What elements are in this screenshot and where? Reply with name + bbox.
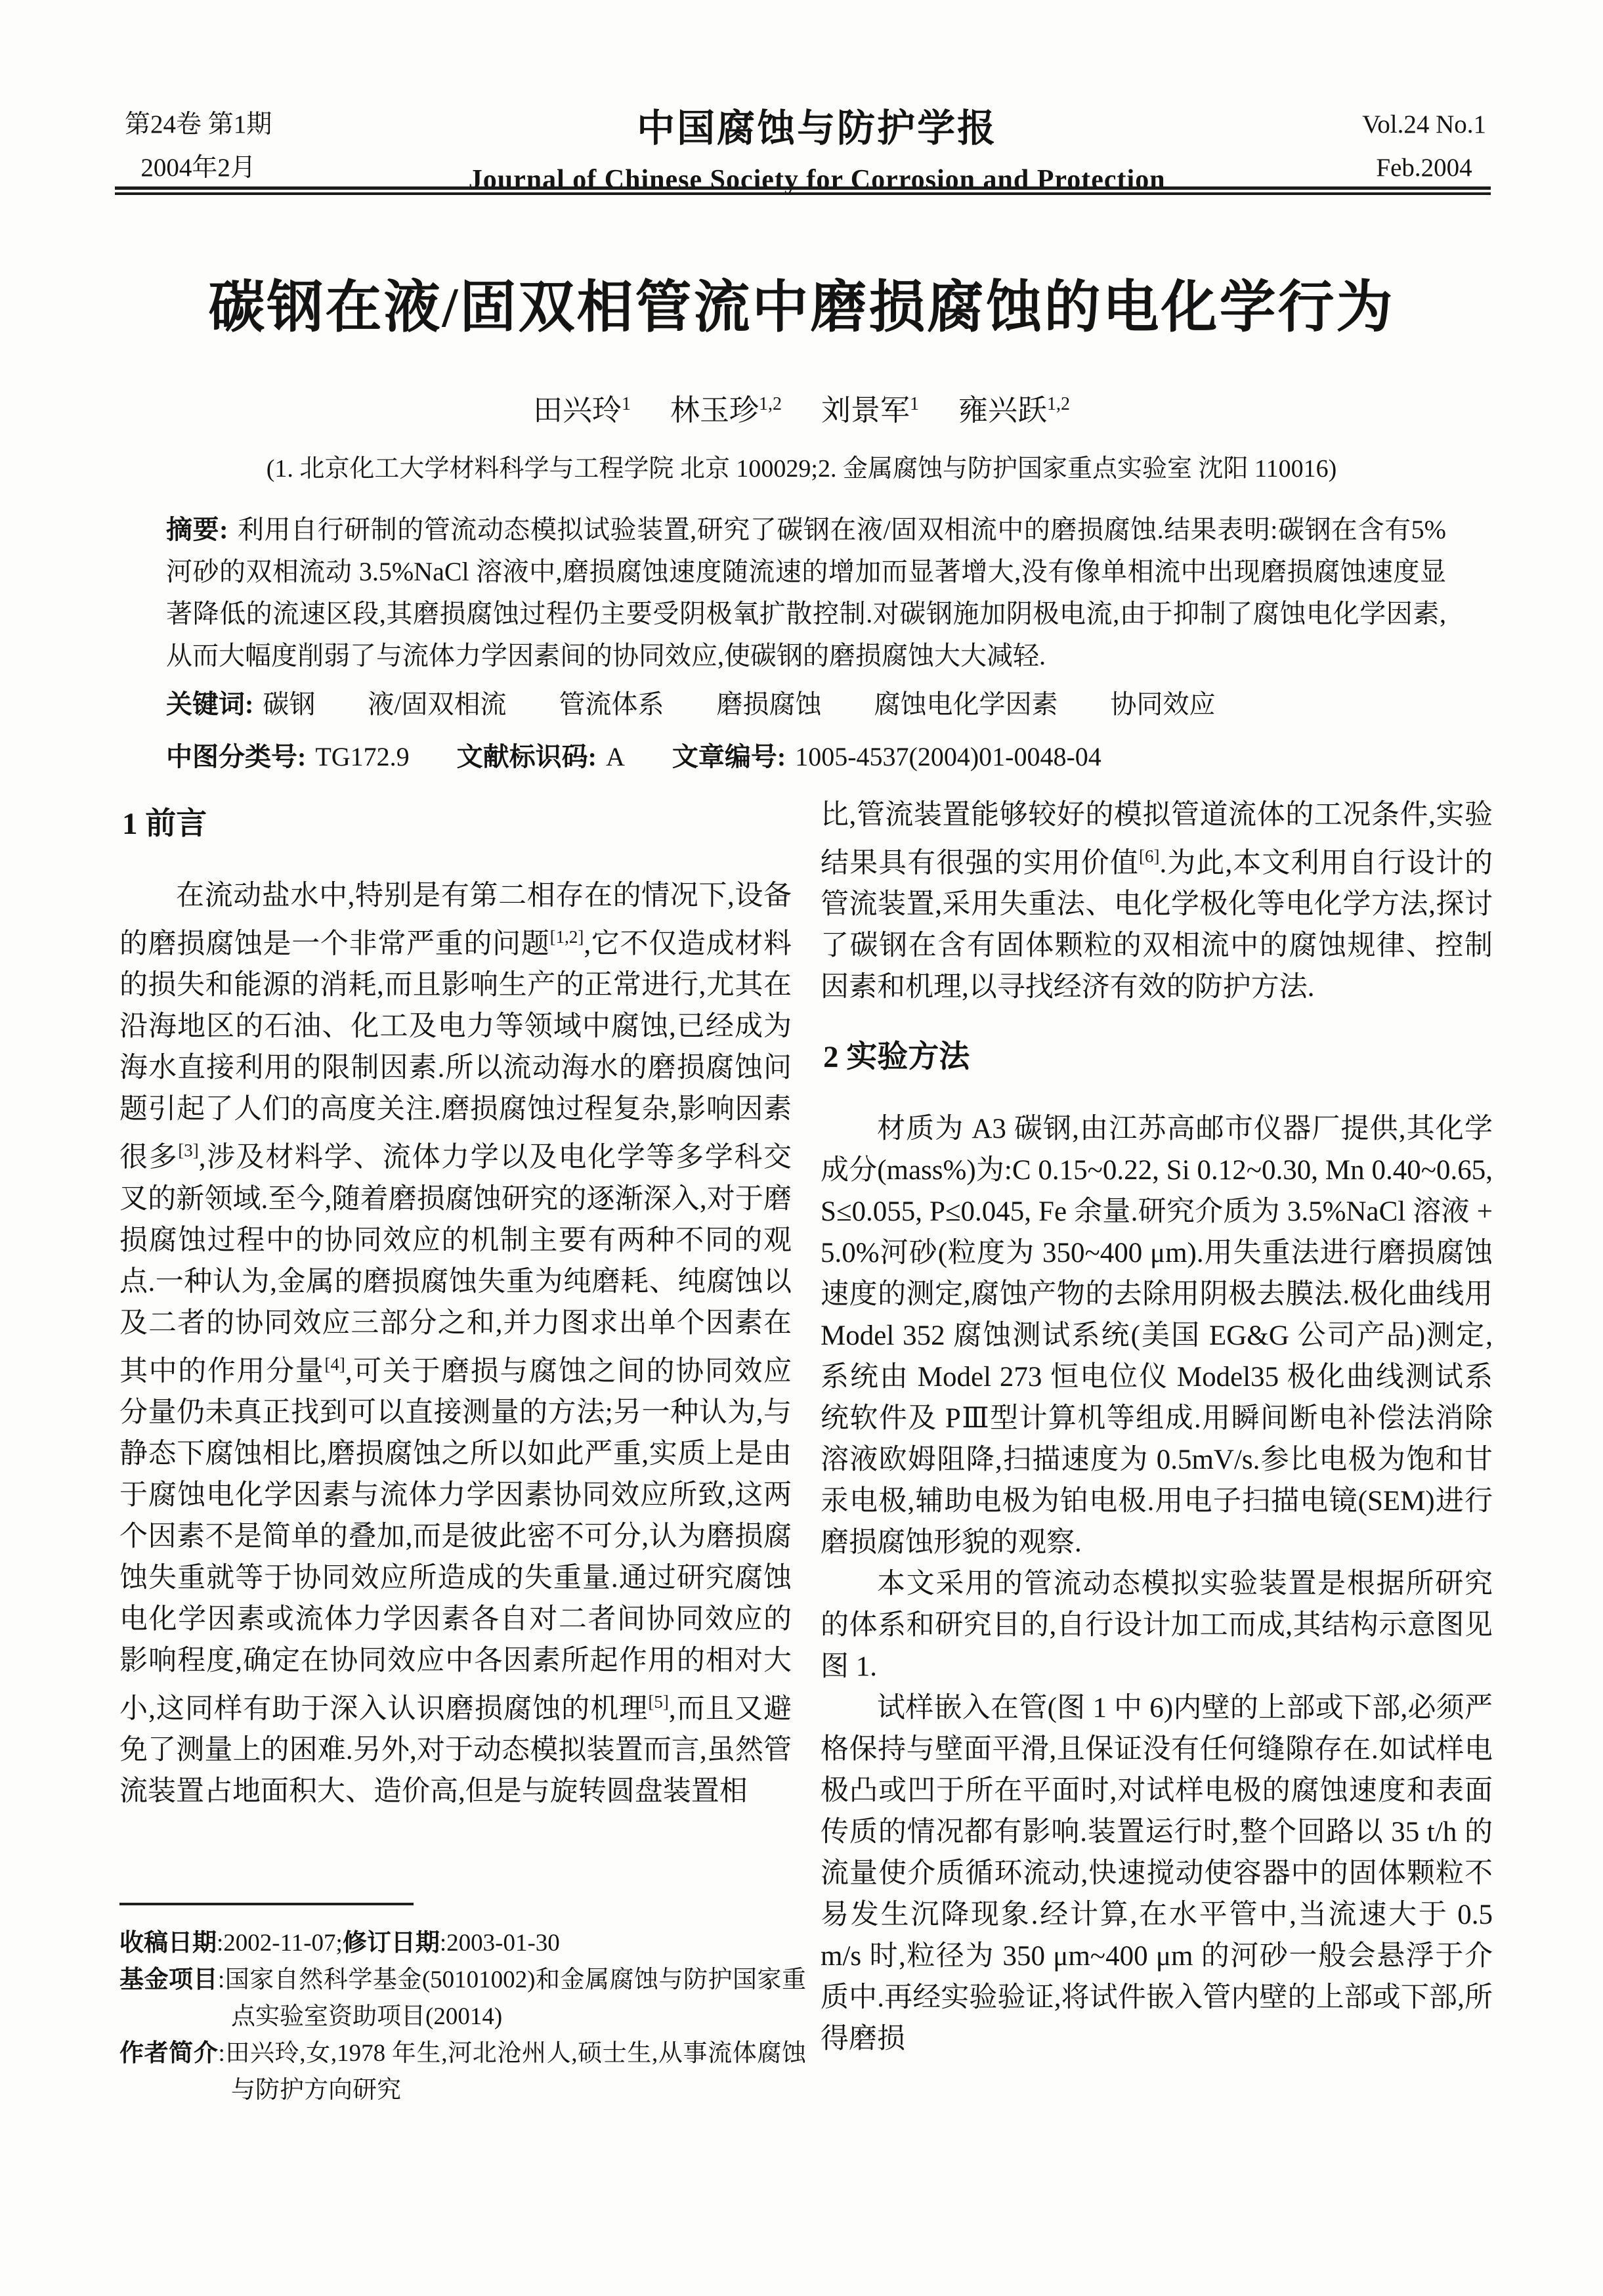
field-label: 修订日期 [343,1930,440,1957]
article-title: 碳钢在液/固双相管流中磨损腐蚀的电化学行为 [0,261,1603,343]
field-label: 收稿日期 [119,1930,217,1957]
section-heading: 2 实验方法 [823,1037,1493,1078]
author: 林玉珍1,2 [670,394,782,427]
text-run: :国家自然科学基金(50101002)和金属腐蚀与防护国家重点实验室资助项目(2… [218,1966,806,2030]
text-run: 试样嵌入在管(图 1 中 6)内壁的上部或下部,必须严格保持与壁面平滑,且保证没… [821,1693,1493,2054]
front-matter: 摘要:利用自行研制的管流动态模拟试验装置,研究了碳钢在液/固双相流中的磨损腐蚀.… [166,509,1446,778]
author-affiliation-sup: 1 [910,394,919,414]
article-id-value: 1005-4537(2004)01-0048-04 [795,742,1101,771]
text-run: ,可关于磨损与腐蚀之间的协同效应分量仍未真正找到可以直接测量的方法;另一种认为,… [119,1356,792,1724]
text-run: :田兴玲,女,1978 年生,河北沧州人,硕士生,从事流体腐蚀与防护方向研究 [219,2040,807,2104]
journal-title-cn: 中国腐蚀与防护学报 [469,97,1166,152]
page: 第24卷 第1期 2004年2月 中国腐蚀与防护学报 Journal of Ch… [0,0,1603,2296]
footnote-divider [119,1903,414,1905]
text-run: :2003-01-30 [440,1930,560,1957]
document-code-label: 文献标识码: [457,742,597,771]
clc-value: TG172.9 [315,742,409,771]
header-divider [115,186,1491,195]
footnote-entries: 收稿日期:2002-11-07;修订日期:2003-01-30基金项目:国家自然… [119,1925,806,2109]
masthead: 第24卷 第1期 2004年2月 中国腐蚀与防护学报 Journal of Ch… [125,97,1486,196]
classification-line: 中图分类号:TG172.9 文献标识码:A 文章编号:1005-4537(200… [166,736,1446,778]
article-id: 文章编号:1005-4537(2004)01-0048-04 [672,742,1101,771]
article-id-label: 文章编号: [672,742,786,771]
footnote-entry: 基金项目:国家自然科学基金(50101002)和金属腐蚀与防护国家重点实验室资助… [119,1962,806,2035]
document-code: 文献标识码:A [457,742,625,771]
field-label: 作者简介 [119,2040,219,2067]
body-paragraph: 试样嵌入在管(图 1 中 6)内壁的上部或下部,必须严格保持与壁面平滑,且保证没… [821,1687,1493,2060]
author-affiliation-sup: 1 [622,394,631,414]
keywords-label: 关键词: [166,689,253,719]
keywords: 关键词:碳钢 液/固双相流 管流体系 磨损腐蚀 腐蚀电化学因素 协同效应 [166,683,1446,726]
author: 田兴玲1 [533,394,631,427]
field-label: 基金项目 [119,1966,218,1993]
body-paragraph: 材质为 A3 碳钢,由江苏高邮市仪器厂提供,其化学成分(mass%)为:C 0.… [821,1108,1493,1563]
author-affiliation-sup: 1,2 [1047,394,1070,414]
volume-info: Vol.24 No.1 Feb.2004 [1362,103,1486,190]
section-heading: 1 前言 [122,804,792,845]
text-run: :2002-11-07; [217,1930,343,1957]
issue-volume: 第24卷 第1期 [125,103,272,146]
abstract-text: 利用自行研制的管流动态模拟试验装置,研究了碳钢在液/固双相流中的磨损腐蚀.结果表… [166,515,1446,670]
citation-ref: [4] [324,1354,345,1374]
right-column: 比,管流装置能够较好的模拟管道流体的工况条件,实验结果具有很强的实用价值[6].… [821,794,1493,2060]
clc-label: 中图分类号: [166,742,306,771]
citation-ref: [3] [178,1140,198,1160]
journal-title-block: 中国腐蚀与防护学报 Journal of Chinese Society for… [469,97,1166,196]
author: 刘景军1 [821,394,919,427]
citation-ref: [5] [648,1692,668,1712]
abstract-label: 摘要: [166,515,228,544]
body-paragraph: 在流动盐水中,特别是有第二相存在的情况下,设备的磨损腐蚀是一个非常严重的问题[1… [119,875,792,1812]
volume-date: Feb.2004 [1362,146,1486,190]
author: 雍兴跃1,2 [958,394,1070,427]
citation-ref: [1,2] [550,927,584,947]
text-run: 材质为 A3 碳钢,由江苏高邮市仪器厂提供,其化学成分(mass%)为:C 0.… [821,1114,1493,1558]
body-columns: 1 前言在流动盐水中,特别是有第二相存在的情况下,设备的磨损腐蚀是一个非常严重的… [119,794,1493,2060]
abstract: 摘要:利用自行研制的管流动态模拟试验装置,研究了碳钢在液/固双相流中的磨损腐蚀.… [166,509,1446,677]
text-run: ,涉及材料学、流体力学以及电化学等多学科交叉的新领域.至今,随着磨损腐蚀研究的逐… [119,1142,792,1387]
footnote-entry: 作者简介:田兴玲,女,1978 年生,河北沧州人,硕士生,从事流体腐蚀与防护方向… [119,2035,806,2109]
volume-number: Vol.24 No.1 [1362,103,1486,146]
body-paragraph: 本文采用的管流动态模拟实验装置是根据所研究的体系和研究目的,自行设计加工而成,其… [821,1563,1493,1687]
keywords-list: 碳钢 液/固双相流 管流体系 磨损腐蚀 腐蚀电化学因素 协同效应 [263,689,1215,719]
issue-date: 2004年2月 [125,146,272,190]
author-affiliation-sup: 1,2 [759,394,782,414]
affiliation: (1. 北京化工大学材料科学与工程学院 北京 100029;2. 金属腐蚀与防护… [0,448,1603,484]
citation-ref: [6] [1139,846,1159,866]
text-run: 本文采用的管流动态模拟实验装置是根据所研究的体系和研究目的,自行设计加工而成,其… [821,1569,1493,1682]
footnote-block: 收稿日期:2002-11-07;修订日期:2003-01-30基金项目:国家自然… [119,1903,806,2109]
issue-info: 第24卷 第1期 2004年2月 [125,103,272,190]
left-column: 1 前言在流动盐水中,特别是有第二相存在的情况下,设备的磨损腐蚀是一个非常严重的… [119,794,792,2060]
footnote-entry: 收稿日期:2002-11-07;修订日期:2003-01-30 [119,1925,806,1962]
document-code-value: A [606,742,625,771]
clc-number: 中图分类号:TG172.9 [166,742,410,771]
text-run: ,它不仅造成材料的损失和能源的消耗,而且影响生产的正常进行,尤其在沿海地区的石油… [119,928,792,1173]
body-paragraph: 比,管流装置能够较好的模拟管道流体的工况条件,实验结果具有很强的实用价值[6].… [821,794,1493,1008]
author-line: 田兴玲1林玉珍1,2刘景军1雍兴跃1,2 [0,386,1603,429]
